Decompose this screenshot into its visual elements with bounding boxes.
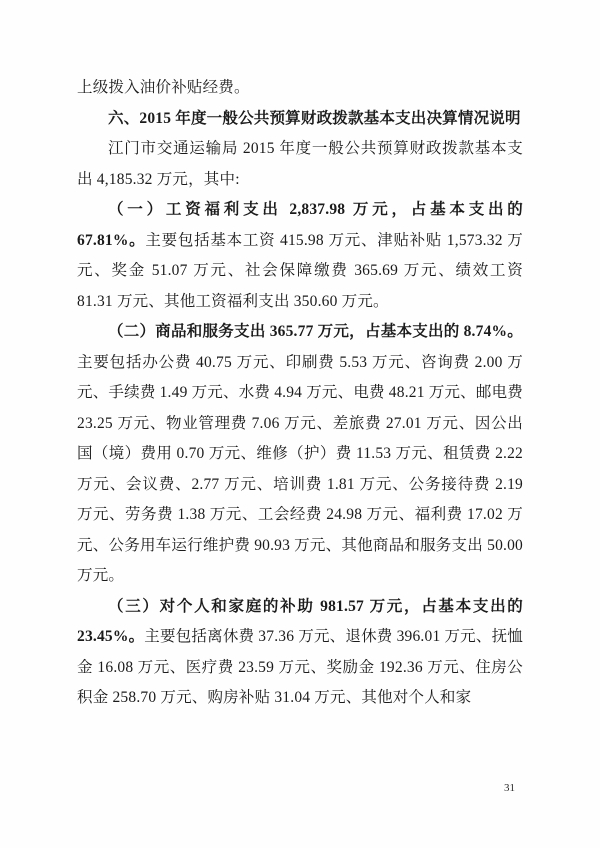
section-heading: 六、2015 年度一般公共预算财政拨款基本支出决算情况说明 <box>77 104 523 135</box>
item-two-lead: （二）商品和服务支出 365.77 万元，占基本支出的 8.74%。 <box>108 323 523 340</box>
item-three-body: 主要包括离休费 37.36 万元、退休费 396.01 万元、抚恤金 16.08… <box>77 628 523 706</box>
paragraph-item-two: （二）商品和服务支出 365.77 万元，占基本支出的 8.74%。主要包括办公… <box>77 317 523 592</box>
item-two-body: 主要包括办公费 40.75 万元、印刷费 5.53 万元、咨询费 2.00 万元… <box>77 354 523 585</box>
paragraph-intro: 江门市交通运输局 2015 年度一般公共预算财政拨款基本支出 4,185.32 … <box>77 134 523 195</box>
paragraph-continuation: 上级拨入油价补贴经费。 <box>77 73 523 104</box>
document-page: 上级拨入油价补贴经费。 六、2015 年度一般公共预算财政拨款基本支出决算情况说… <box>0 0 600 848</box>
paragraph-item-three: （三）对个人和家庭的补助 981.57 万元，占基本支出的 23.45%。主要包… <box>77 592 523 714</box>
page-number: 31 <box>504 781 515 795</box>
paragraph-item-one: （一）工资福利支出 2,837.98 万元，占基本支出的 67.81%。主要包括… <box>77 195 523 317</box>
document-body: 上级拨入油价补贴经费。 六、2015 年度一般公共预算财政拨款基本支出决算情况说… <box>77 73 523 714</box>
